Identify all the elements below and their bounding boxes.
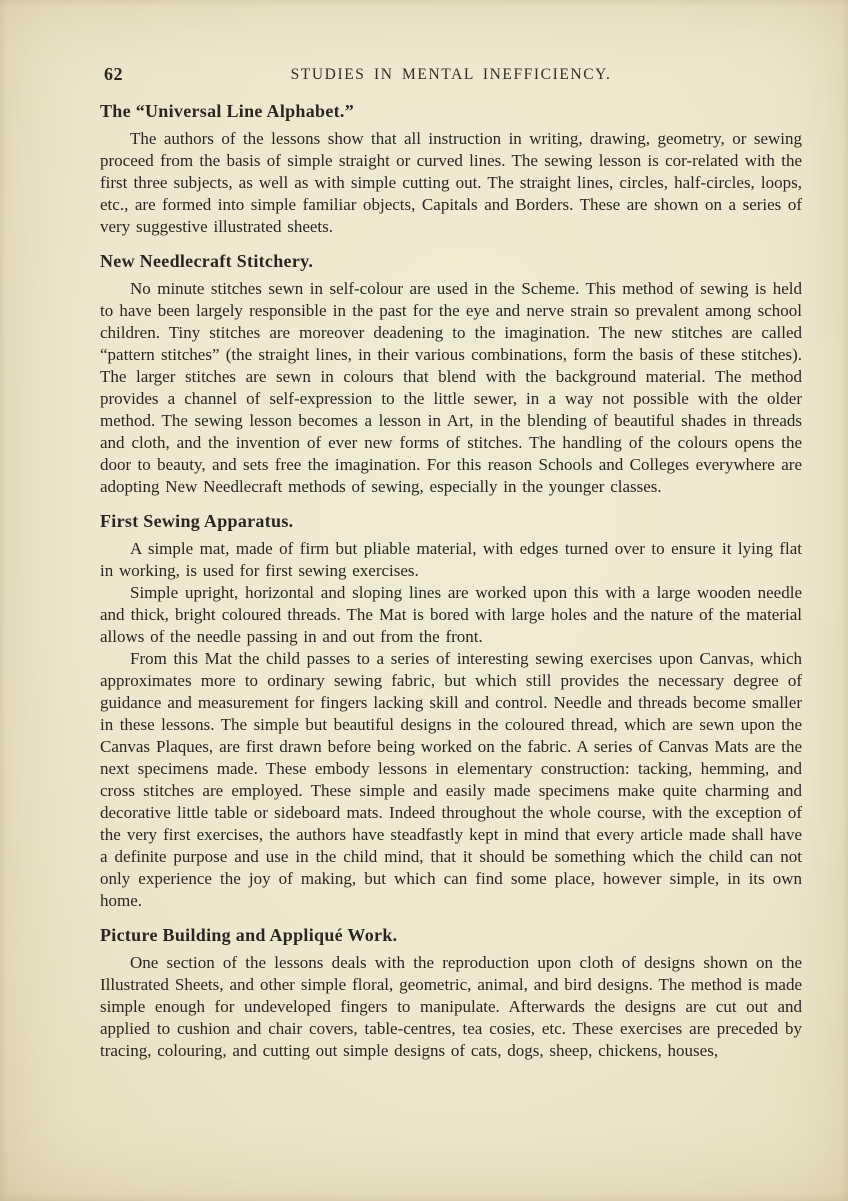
page-number: 62 (104, 64, 123, 85)
running-title: STUDIES IN MENTAL INEFFICIENCY. (100, 64, 802, 84)
section-first-sewing-apparatus: First Sewing Apparatus. A simple mat, ma… (100, 511, 802, 912)
page-header: 62 STUDIES IN MENTAL INEFFICIENCY. (100, 64, 802, 88)
book-page: 62 STUDIES IN MENTAL INEFFICIENCY. The “… (0, 0, 848, 1201)
section-heading-picture-building-applique-work: Picture Building and Appliqué Work. (100, 925, 802, 946)
paragraph: A simple mat, made of firm but pliable m… (100, 538, 802, 582)
section-picture-building-applique-work: Picture Building and Appliqué Work. One … (100, 925, 802, 1062)
text-block: 62 STUDIES IN MENTAL INEFFICIENCY. The “… (100, 64, 802, 1062)
section-universal-line-alphabet: The “Universal Line Alphabet.” The autho… (100, 101, 802, 238)
section-new-needlecraft-stitchery: New Needlecraft Stitchery. No minute sti… (100, 251, 802, 498)
paragraph: No minute stitches sewn in self-colour a… (100, 278, 802, 498)
paragraph: From this Mat the child passes to a seri… (100, 648, 802, 912)
section-heading-new-needlecraft-stitchery: New Needlecraft Stitchery. (100, 251, 802, 272)
paragraph: The authors of the lessons show that all… (100, 128, 802, 238)
section-heading-first-sewing-apparatus: First Sewing Apparatus. (100, 511, 802, 532)
paragraph: One section of the lessons deals with th… (100, 952, 802, 1062)
paragraph: Simple upright, horizontal and sloping l… (100, 582, 802, 648)
section-heading-universal-line-alphabet: The “Universal Line Alphabet.” (100, 101, 802, 122)
